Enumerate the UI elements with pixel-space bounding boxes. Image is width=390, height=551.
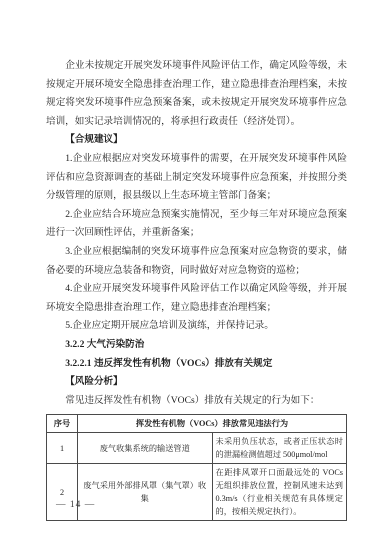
advice-item: 1.企业应根据应对突发环境事件的需要，在开展突发环境事件风险评估和应急资源调查的… (46, 150, 347, 206)
advice-heading: 【合规建议】 (46, 131, 347, 150)
document-page: 企业未按规定开展突发环境事件风险评估工作，确定风险等级，未按规定开展环境安全隐患… (0, 0, 390, 551)
document-content: 企业未按规定开展突发环境事件风险评估工作，确定风险等级，未按规定开展环境安全隐患… (46, 57, 347, 521)
page-number-footer: — 14 — (56, 500, 95, 510)
section-heading: 3.2.2 大气污染防治 (46, 336, 347, 355)
table-header-behavior: 挥发性有机物（VOCs）排放常见违法行为 (78, 415, 347, 433)
table-intro: 常见违反挥发性有机物（VOCs）排放有关规定的行为如下： (46, 392, 347, 411)
table-cell-desc: 在距排风罩开口面最远处的 VOCs 无组织排放位置，控制风速未达到 0.3m/s… (212, 464, 347, 521)
table-row: 1 废气收集系统的输送管道 未采用负压状态，或者正压状态时的泄漏检测值超过 50… (47, 433, 347, 464)
table-cell-num: 2 (47, 464, 78, 521)
table-cell-item: 废气采用外部排风罩（集气罩）收集 (78, 464, 213, 521)
risk-heading: 【风险分析】 (46, 373, 347, 392)
advice-item: 4.企业应开展突发环境事件风险评估工作以确定风险等级，并开展环境安全隐患排查治理… (46, 280, 347, 317)
advice-item: 2.企业应结合环境应急预案实施情况，至少每三年对环境应急预案进行一次回顾性评估，… (46, 206, 347, 243)
table-cell-item: 废气收集系统的输送管道 (78, 433, 213, 464)
paragraph-legal-liability: 企业未按规定开展突发环境事件风险评估工作，确定风险等级，未按规定开展环境安全隐患… (46, 57, 347, 131)
table-cell-desc: 未采用负压状态，或者正压状态时的泄漏检测值超过 500μmol/mol (212, 433, 347, 464)
table-row: 2 废气采用外部排风罩（集气罩）收集 在距排风罩开口面最远处的 VOCs 无组织… (47, 464, 347, 521)
table-cell-num: 1 (47, 433, 78, 464)
advice-item: 3.企业应根据编制的突发环境事件应急预案对应急物资的要求，储备必要的环境应急装备… (46, 243, 347, 280)
table-header-num: 序号 (47, 415, 78, 433)
advice-item: 5.企业应定期开展应急培训及演练，并保持记录。 (46, 317, 347, 336)
table-header-row: 序号 挥发性有机物（VOCs）排放常见违法行为 (47, 415, 347, 433)
subsection-heading: 3.2.2.1 违反挥发性有机物（VOCs）排放有关规定 (46, 355, 347, 374)
